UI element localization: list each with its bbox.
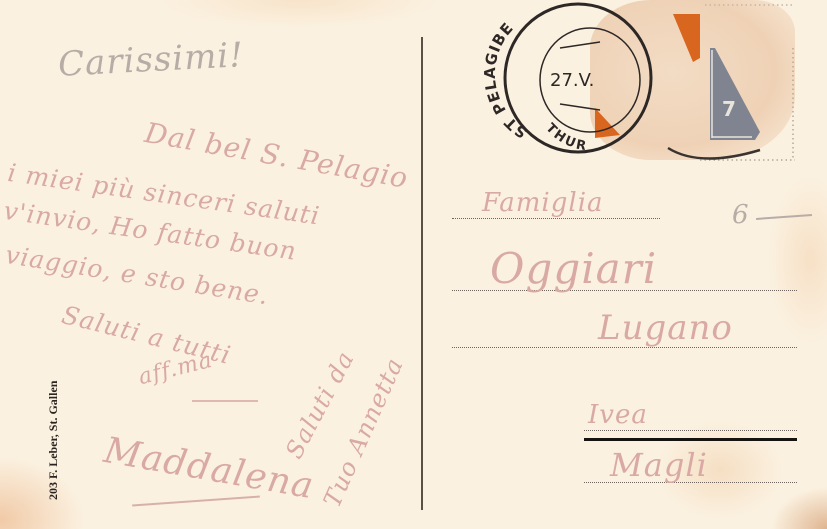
grey-stamp-fragment bbox=[710, 48, 760, 140]
svg-text:7: 7 bbox=[722, 97, 736, 121]
postcard-back: Carissimi! Dal bel S. Pelagio i miei più… bbox=[0, 0, 827, 529]
orange-stamp-fragment-bottom bbox=[595, 108, 620, 138]
orange-stamp-fragment-top bbox=[673, 14, 700, 62]
stamps: 7 ST PELAGIBE THUR 27.V. bbox=[0, 0, 827, 529]
postmark-date: 27.V. bbox=[550, 70, 594, 91]
